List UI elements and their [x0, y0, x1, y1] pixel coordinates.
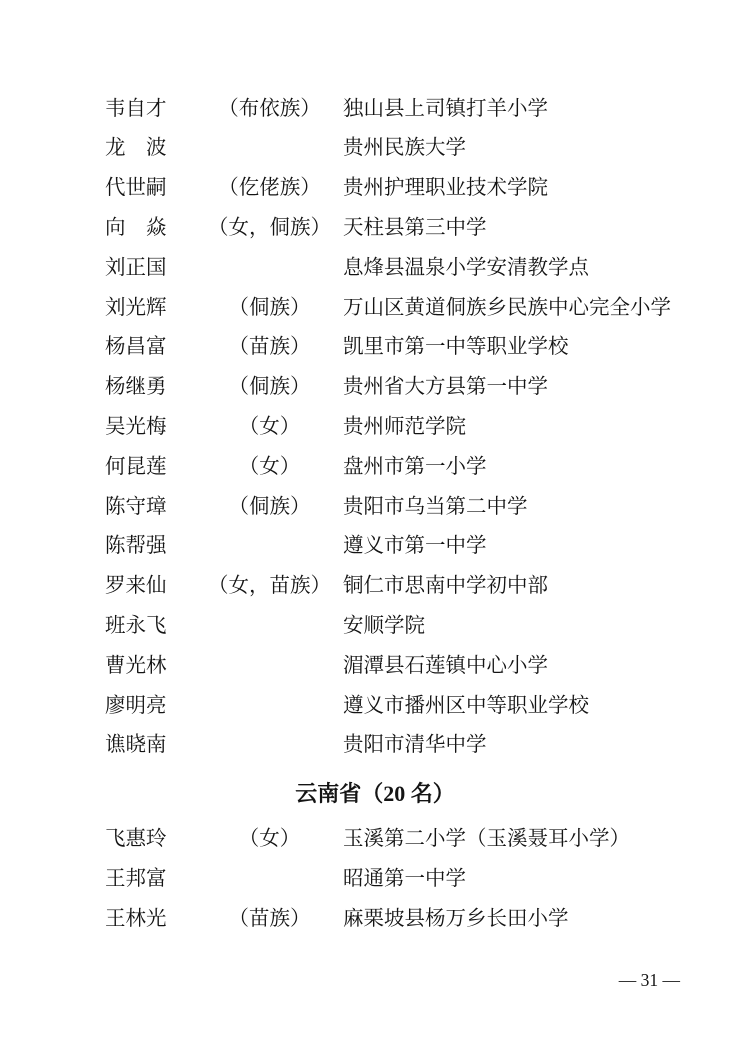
province-rows: 韦自才 （布依族） 独山县上司镇打羊小学 龙 波 贵州民族大学 代世嗣 （仡佬族… — [105, 89, 645, 766]
awardee-name: 王邦富 — [105, 866, 169, 893]
awardee-school: 湄潭县石莲镇中心小学 — [343, 653, 645, 680]
awardee-school: 凯里市第一中等职业学校 — [343, 334, 645, 361]
awardee-ethnicity: （女，苗族） — [196, 573, 343, 600]
awardee-name: 曹光林 — [105, 653, 169, 680]
awardee-school: 安顺学院 — [343, 613, 645, 640]
roster-list: 韦自才 （布依族） 独山县上司镇打羊小学 龙 波 贵州民族大学 代世嗣 （仡佬族… — [0, 89, 750, 939]
awardee-ethnicity: （侗族） — [196, 494, 343, 521]
awardee-row: 刘光辉 （侗族） 万山区黄道侗族乡民族中心完全小学 — [105, 288, 645, 328]
awardee-school: 贵州护理职业技术学院 — [343, 175, 645, 202]
awardee-name: 吴光梅 — [105, 414, 169, 441]
awardee-name: 龙 波 — [105, 135, 169, 162]
awardee-school: 贵州民族大学 — [343, 135, 645, 162]
awardee-row: 向 焱 （女，侗族） 天柱县第三中学 — [105, 208, 645, 248]
awardee-name: 陈帮强 — [105, 533, 169, 560]
awardee-name: 陈守璋 — [105, 494, 169, 521]
awardee-row: 罗来仙 （女，苗族） 铜仁市思南中学初中部 — [105, 567, 645, 607]
awardee-row: 吴光梅 （女） 贵州师范学院 — [105, 407, 645, 447]
awardee-name: 向 焱 — [105, 215, 169, 242]
awardee-name: 廖明亮 — [105, 693, 169, 720]
awardee-name: 班永飞 — [105, 613, 169, 640]
awardee-school: 玉溪第二小学（玉溪聂耳小学） — [343, 826, 645, 853]
awardee-school: 贵州师范学院 — [343, 414, 645, 441]
awardee-name: 何昆莲 — [105, 454, 169, 481]
page-number: — 31 — — [619, 970, 680, 991]
document-page: 韦自才 （布依族） 独山县上司镇打羊小学 龙 波 贵州民族大学 代世嗣 （仡佬族… — [0, 0, 750, 1060]
awardee-row: 代世嗣 （仡佬族） 贵州护理职业技术学院 — [105, 169, 645, 209]
awardee-school: 遵义市播州区中等职业学校 — [343, 693, 645, 720]
awardee-ethnicity: （苗族） — [196, 906, 343, 933]
awardee-row: 谯晓南 贵阳市清华中学 — [105, 726, 645, 766]
awardee-row: 飞惠玲 （女） 玉溪第二小学（玉溪聂耳小学） — [105, 820, 645, 860]
awardee-ethnicity: （布依族） — [196, 96, 343, 123]
awardee-name: 杨昌富 — [105, 334, 169, 361]
awardee-row: 刘正国 息烽县温泉小学安清教学点 — [105, 248, 645, 288]
awardee-school: 天柱县第三中学 — [343, 215, 645, 242]
awardee-row: 曹光林 湄潭县石莲镇中心小学 — [105, 646, 645, 686]
awardee-name: 代世嗣 — [105, 175, 169, 202]
awardee-name: 杨继勇 — [105, 374, 169, 401]
awardee-row: 廖明亮 遵义市播州区中等职业学校 — [105, 686, 645, 726]
awardee-name: 谯晓南 — [105, 732, 169, 759]
awardee-name: 王林光 — [105, 906, 169, 933]
awardee-ethnicity: （女） — [196, 414, 343, 441]
awardee-ethnicity: （女） — [196, 454, 343, 481]
province-rows: 飞惠玲 （女） 玉溪第二小学（玉溪聂耳小学） 王邦富 昭通第一中学 王林光 （苗… — [105, 820, 645, 939]
awardee-school: 昭通第一中学 — [343, 866, 645, 893]
awardee-row: 何昆莲 （女） 盘州市第一小学 — [105, 447, 645, 487]
province-section: 韦自才 （布依族） 独山县上司镇打羊小学 龙 波 贵州民族大学 代世嗣 （仡佬族… — [105, 89, 645, 766]
awardee-name: 飞惠玲 — [105, 826, 169, 853]
awardee-row: 杨继勇 （侗族） 贵州省大方县第一中学 — [105, 368, 645, 408]
awardee-ethnicity: （侗族） — [196, 295, 343, 322]
awardee-school: 麻栗坡县杨万乡长田小学 — [343, 906, 645, 933]
awardee-row: 杨昌富 （苗族） 凯里市第一中等职业学校 — [105, 328, 645, 368]
awardee-ethnicity: （苗族） — [196, 334, 343, 361]
awardee-row: 韦自才 （布依族） 独山县上司镇打羊小学 — [105, 89, 645, 129]
province-heading: 云南省（20 名） — [105, 766, 645, 820]
awardee-school: 贵州省大方县第一中学 — [343, 374, 645, 401]
awardee-school: 息烽县温泉小学安清教学点 — [343, 255, 645, 282]
awardee-school: 万山区黄道侗族乡民族中心完全小学 — [343, 295, 671, 322]
awardee-ethnicity: （仡佬族） — [196, 175, 343, 202]
awardee-name: 刘正国 — [105, 255, 169, 282]
awardee-row: 陈守璋 （侗族） 贵阳市乌当第二中学 — [105, 487, 645, 527]
awardee-school: 遵义市第一中学 — [343, 533, 645, 560]
awardee-row: 陈帮强 遵义市第一中学 — [105, 527, 645, 567]
awardee-row: 王林光 （苗族） 麻栗坡县杨万乡长田小学 — [105, 899, 645, 939]
awardee-row: 王邦富 昭通第一中学 — [105, 859, 645, 899]
awardee-ethnicity: （侗族） — [196, 374, 343, 401]
awardee-ethnicity: （女） — [196, 826, 343, 853]
awardee-name: 韦自才 — [105, 96, 169, 123]
awardee-name: 罗来仙 — [105, 573, 169, 600]
awardee-school: 贵阳市乌当第二中学 — [343, 494, 645, 521]
awardee-row: 班永飞 安顺学院 — [105, 606, 645, 646]
awardee-name: 刘光辉 — [105, 295, 169, 322]
awardee-school: 铜仁市思南中学初中部 — [343, 573, 645, 600]
awardee-ethnicity: （女，侗族） — [196, 215, 343, 242]
province-section: 云南省（20 名） 飞惠玲 （女） 玉溪第二小学（玉溪聂耳小学） 王邦富 昭通第… — [105, 766, 645, 939]
awardee-school: 贵阳市清华中学 — [343, 732, 645, 759]
awardee-school: 独山县上司镇打羊小学 — [343, 96, 645, 123]
awardee-school: 盘州市第一小学 — [343, 454, 645, 481]
awardee-row: 龙 波 贵州民族大学 — [105, 129, 645, 169]
